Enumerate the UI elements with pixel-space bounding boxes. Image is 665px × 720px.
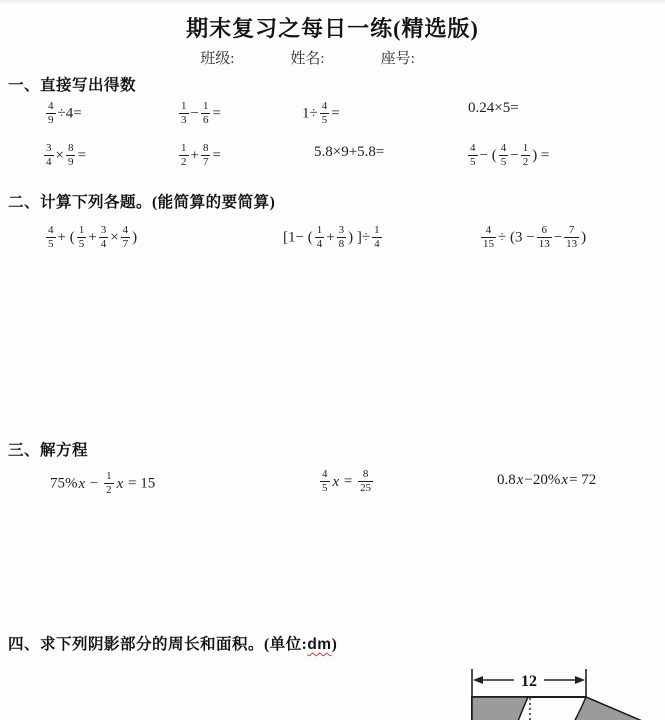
section1-heading: 一、直接写出得数 — [8, 73, 136, 95]
problem-expression: 49÷4= — [44, 100, 82, 126]
problem-expression: 45x = 825 — [318, 468, 375, 494]
problem-expression: 12+87= — [177, 142, 221, 168]
shaded-region-right — [572, 697, 654, 720]
problem-expression: [1− (14+38) ]÷14 — [283, 224, 384, 250]
shaded-figure-svg: 12 — [468, 664, 665, 720]
arrowhead-left-icon — [473, 676, 483, 684]
dimension-label: 12 — [521, 673, 537, 690]
section3-heading: 三、解方程 — [8, 438, 88, 460]
class-label: 班级: — [200, 47, 234, 68]
problem-expression: 13−16= — [177, 100, 221, 126]
section2-heading: 二、计算下列各题。(能简算的要简算) — [8, 190, 275, 212]
page-title: 期末复习之每日一练(精选版) — [0, 12, 665, 43]
shaded-figure: 12 — [468, 664, 665, 720]
problem-expression: 415÷ (3 −613−713) — [479, 224, 586, 250]
problem-expression: 34×89= — [42, 142, 86, 168]
section4-heading: 四、求下列阴影部分的周长和面积。(单位:dm) — [8, 632, 337, 654]
problem-expression: 45− (45−12) = — [466, 142, 549, 168]
seat-label: 座号: — [381, 47, 415, 68]
meta-fields: 班级: 姓名: 座号: — [0, 47, 640, 68]
page-top-strip — [0, 0, 665, 3]
problem-expression: 75%x − 12x = 15 — [50, 470, 155, 496]
problem-expression: 0.24×5= — [468, 100, 519, 117]
name-label: 姓名: — [290, 47, 324, 68]
problem-expression: 45+ (15+34×47) — [44, 224, 137, 250]
worksheet-page: { "page": { "title": "期末复习之每日一练(精选版)", "… — [0, 0, 665, 720]
section4-heading-close: ) — [332, 636, 338, 653]
section4-heading-text: 四、求下列阴影部分的周长和面积。(单位: — [8, 636, 307, 653]
shaded-region-left — [472, 697, 528, 720]
problem-expression: 0.8x−20%x= 72 — [497, 472, 596, 489]
unit-label: dm — [307, 636, 331, 653]
problem-expression: 1÷45= — [302, 100, 340, 126]
problem-expression: 5.8×9+5.8= — [314, 144, 384, 161]
arrowhead-right-icon — [575, 676, 585, 684]
